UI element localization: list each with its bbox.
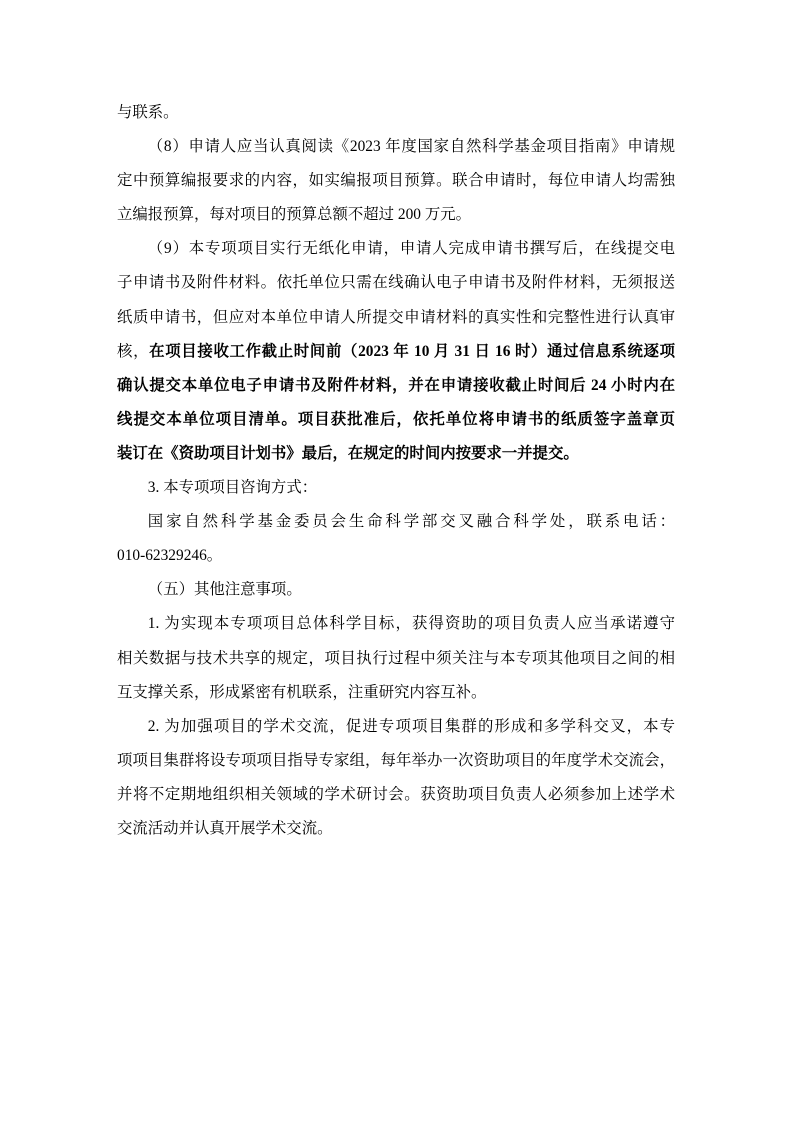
text-line: 并将不定期地组织相关领域的学术研讨会。获资助项目负责人必须参加上述学术 — [117, 778, 675, 812]
text-line: 装订在《资助项目计划书》最后，在规定的时间内按要求一并提交。 — [117, 437, 675, 471]
document-content: 与联系。（8）申请人应当认真阅读《2023 年度国家自然科学基金项目指南》申请规… — [117, 96, 675, 846]
bold-text-segment: 装订在《资助项目计划书》最后，在规定的时间内按要求一并提交。 — [117, 445, 579, 462]
text-line: 子申请书及附件材料。依托单位只需在线确认电子申请书及附件材料，无须报送 — [117, 266, 675, 300]
bold-text-segment: 确认提交本单位电子申请书及附件材料，并在申请接收截止时间后 24 小时内在 — [117, 377, 675, 394]
text-segment: 纸质申请书，但应对本单位申请人所提交申请材料的真实性和完整性进行认真审 — [117, 309, 675, 326]
text-segment: 子申请书及附件材料。依托单位只需在线确认电子申请书及附件材料，无须报送 — [117, 274, 675, 291]
text-line: （五）其他注意事项。 — [117, 573, 675, 607]
text-segment: 互支撑关系，形成紧密有机联系，注重研究内容互补。 — [117, 684, 486, 701]
text-line: 项项目集群将设专项项目指导专家组，每年举办一次资助项目的年度学术交流会， — [117, 744, 675, 778]
text-line: 纸质申请书，但应对本单位申请人所提交申请材料的真实性和完整性进行认真审 — [117, 301, 675, 335]
text-segment: 核， — [117, 343, 149, 360]
text-segment: （8）申请人应当认真阅读《2023 年度国家自然科学基金项目指南》申请规 — [148, 138, 675, 155]
text-segment: （9）本专项项目实行无纸化申请，申请人完成申请书撰写后，在线提交电 — [148, 240, 675, 257]
text-line: 确认提交本单位电子申请书及附件材料，并在申请接收截止时间后 24 小时内在 — [117, 369, 675, 403]
text-line: 2. 为加强项目的学术交流，促进专项项目集群的形成和多学科交叉，本专 — [117, 710, 675, 744]
document-page: 与联系。（8）申请人应当认真阅读《2023 年度国家自然科学基金项目指南》申请规… — [0, 0, 793, 1122]
text-line: 与联系。 — [117, 96, 675, 130]
text-line: 国家自然科学基金委员会生命科学部交叉融合科学处，联系电话： — [117, 505, 675, 539]
text-line: 互支撑关系，形成紧密有机联系，注重研究内容互补。 — [117, 676, 675, 710]
text-segment: 2. 为加强项目的学术交流，促进专项项目集群的形成和多学科交叉，本专 — [148, 718, 675, 735]
text-segment: 并将不定期地组织相关领域的学术研讨会。获资助项目负责人必须参加上述学术 — [117, 786, 675, 803]
text-segment: 交流活动并认真开展学术交流。 — [117, 820, 332, 837]
text-line: （8）申请人应当认真阅读《2023 年度国家自然科学基金项目指南》申请规 — [117, 130, 675, 164]
text-line: 010-62329246。 — [117, 539, 675, 573]
text-segment: 立编报预算，每对项目的预算总额不超过 200 万元。 — [117, 206, 471, 223]
text-line: （9）本专项项目实行无纸化申请，申请人完成申请书撰写后，在线提交电 — [117, 232, 675, 266]
text-segment: 相关数据与技术共享的规定，项目执行过程中须关注与本专项其他项目之间的相 — [117, 650, 675, 667]
text-segment: 定中预算编报要求的内容，如实编报项目预算。联合申请时，每位申请人均需独 — [117, 172, 675, 189]
text-line: 1. 为实现本专项项目总体科学目标，获得资助的项目负责人应当承诺遵守 — [117, 607, 675, 641]
text-line: 立编报预算，每对项目的预算总额不超过 200 万元。 — [117, 198, 675, 232]
bold-text-segment: 在项目接收工作截止时间前（2023 年 10 月 31 日 16 时）通过信息系… — [149, 343, 675, 360]
text-segment: 国家自然科学基金委员会生命科学部交叉融合科学处，联系电话： — [148, 513, 675, 530]
text-line: 定中预算编报要求的内容，如实编报项目预算。联合申请时，每位申请人均需独 — [117, 164, 675, 198]
text-line: 3. 本专项项目咨询方式： — [117, 471, 675, 505]
text-line: 相关数据与技术共享的规定，项目执行过程中须关注与本专项其他项目之间的相 — [117, 642, 675, 676]
text-segment: 3. 本专项项目咨询方式： — [148, 479, 317, 496]
text-segment: 与联系。 — [117, 104, 179, 121]
text-line: 线提交本单位项目清单。项目获批准后，依托单位将申请书的纸质签字盖章页 — [117, 403, 675, 437]
text-segment: 项项目集群将设专项项目指导专家组，每年举办一次资助项目的年度学术交流会， — [117, 752, 675, 769]
text-segment: 010-62329246。 — [117, 547, 222, 564]
text-segment: （五）其他注意事项。 — [148, 581, 302, 598]
bold-text-segment: 线提交本单位项目清单。项目获批准后，依托单位将申请书的纸质签字盖章页 — [117, 411, 675, 428]
text-segment: 1. 为实现本专项项目总体科学目标，获得资助的项目负责人应当承诺遵守 — [148, 615, 675, 632]
text-line: 交流活动并认真开展学术交流。 — [117, 812, 675, 846]
text-line: 核，在项目接收工作截止时间前（2023 年 10 月 31 日 16 时）通过信… — [117, 335, 675, 369]
